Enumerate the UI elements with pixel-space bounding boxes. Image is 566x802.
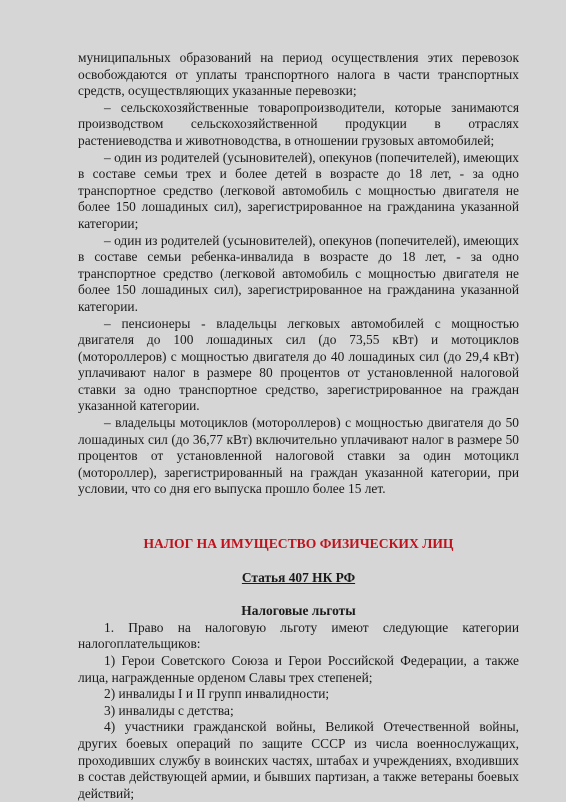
paragraph: 1. Право на налоговую льготу имеют следу… xyxy=(78,620,519,653)
paragraph: муниципальных образований на период осущ… xyxy=(78,50,519,100)
paragraph: – сельскохозяйственные товаропроизводите… xyxy=(78,100,519,150)
paragraph: – пенсионеры - владельцы легковых автомо… xyxy=(78,316,519,416)
article-heading: Статья 407 НК РФ xyxy=(78,570,519,587)
property-tax-section: НАЛОГ НА ИМУЩЕСТВО ФИЗИЧЕСКИХ ЛИЦ Статья… xyxy=(78,536,519,800)
section-spacer xyxy=(78,498,519,536)
section-title: НАЛОГ НА ИМУЩЕСТВО ФИЗИЧЕСКИХ ЛИЦ xyxy=(78,536,519,553)
list-item: 3) инвалиды с детства; xyxy=(78,703,519,720)
list-item: 2) инвалиды I и II групп инвалидности; xyxy=(78,686,519,703)
paragraph: – один из родителей (усыновителей), опек… xyxy=(78,150,519,233)
subheading: Налоговые льготы xyxy=(78,603,519,620)
list-item: 4) участники гражданской войны, Великой … xyxy=(78,719,519,800)
paragraph: – владельцы мотоциклов (мотороллеров) с … xyxy=(78,415,519,498)
document-page: муниципальных образований на период осущ… xyxy=(78,50,519,800)
list-item: 1) Герои Советского Союза и Герои Россий… xyxy=(78,653,519,686)
transport-tax-section: муниципальных образований на период осущ… xyxy=(78,50,519,498)
paragraph: – один из родителей (усыновителей), опек… xyxy=(78,233,519,316)
